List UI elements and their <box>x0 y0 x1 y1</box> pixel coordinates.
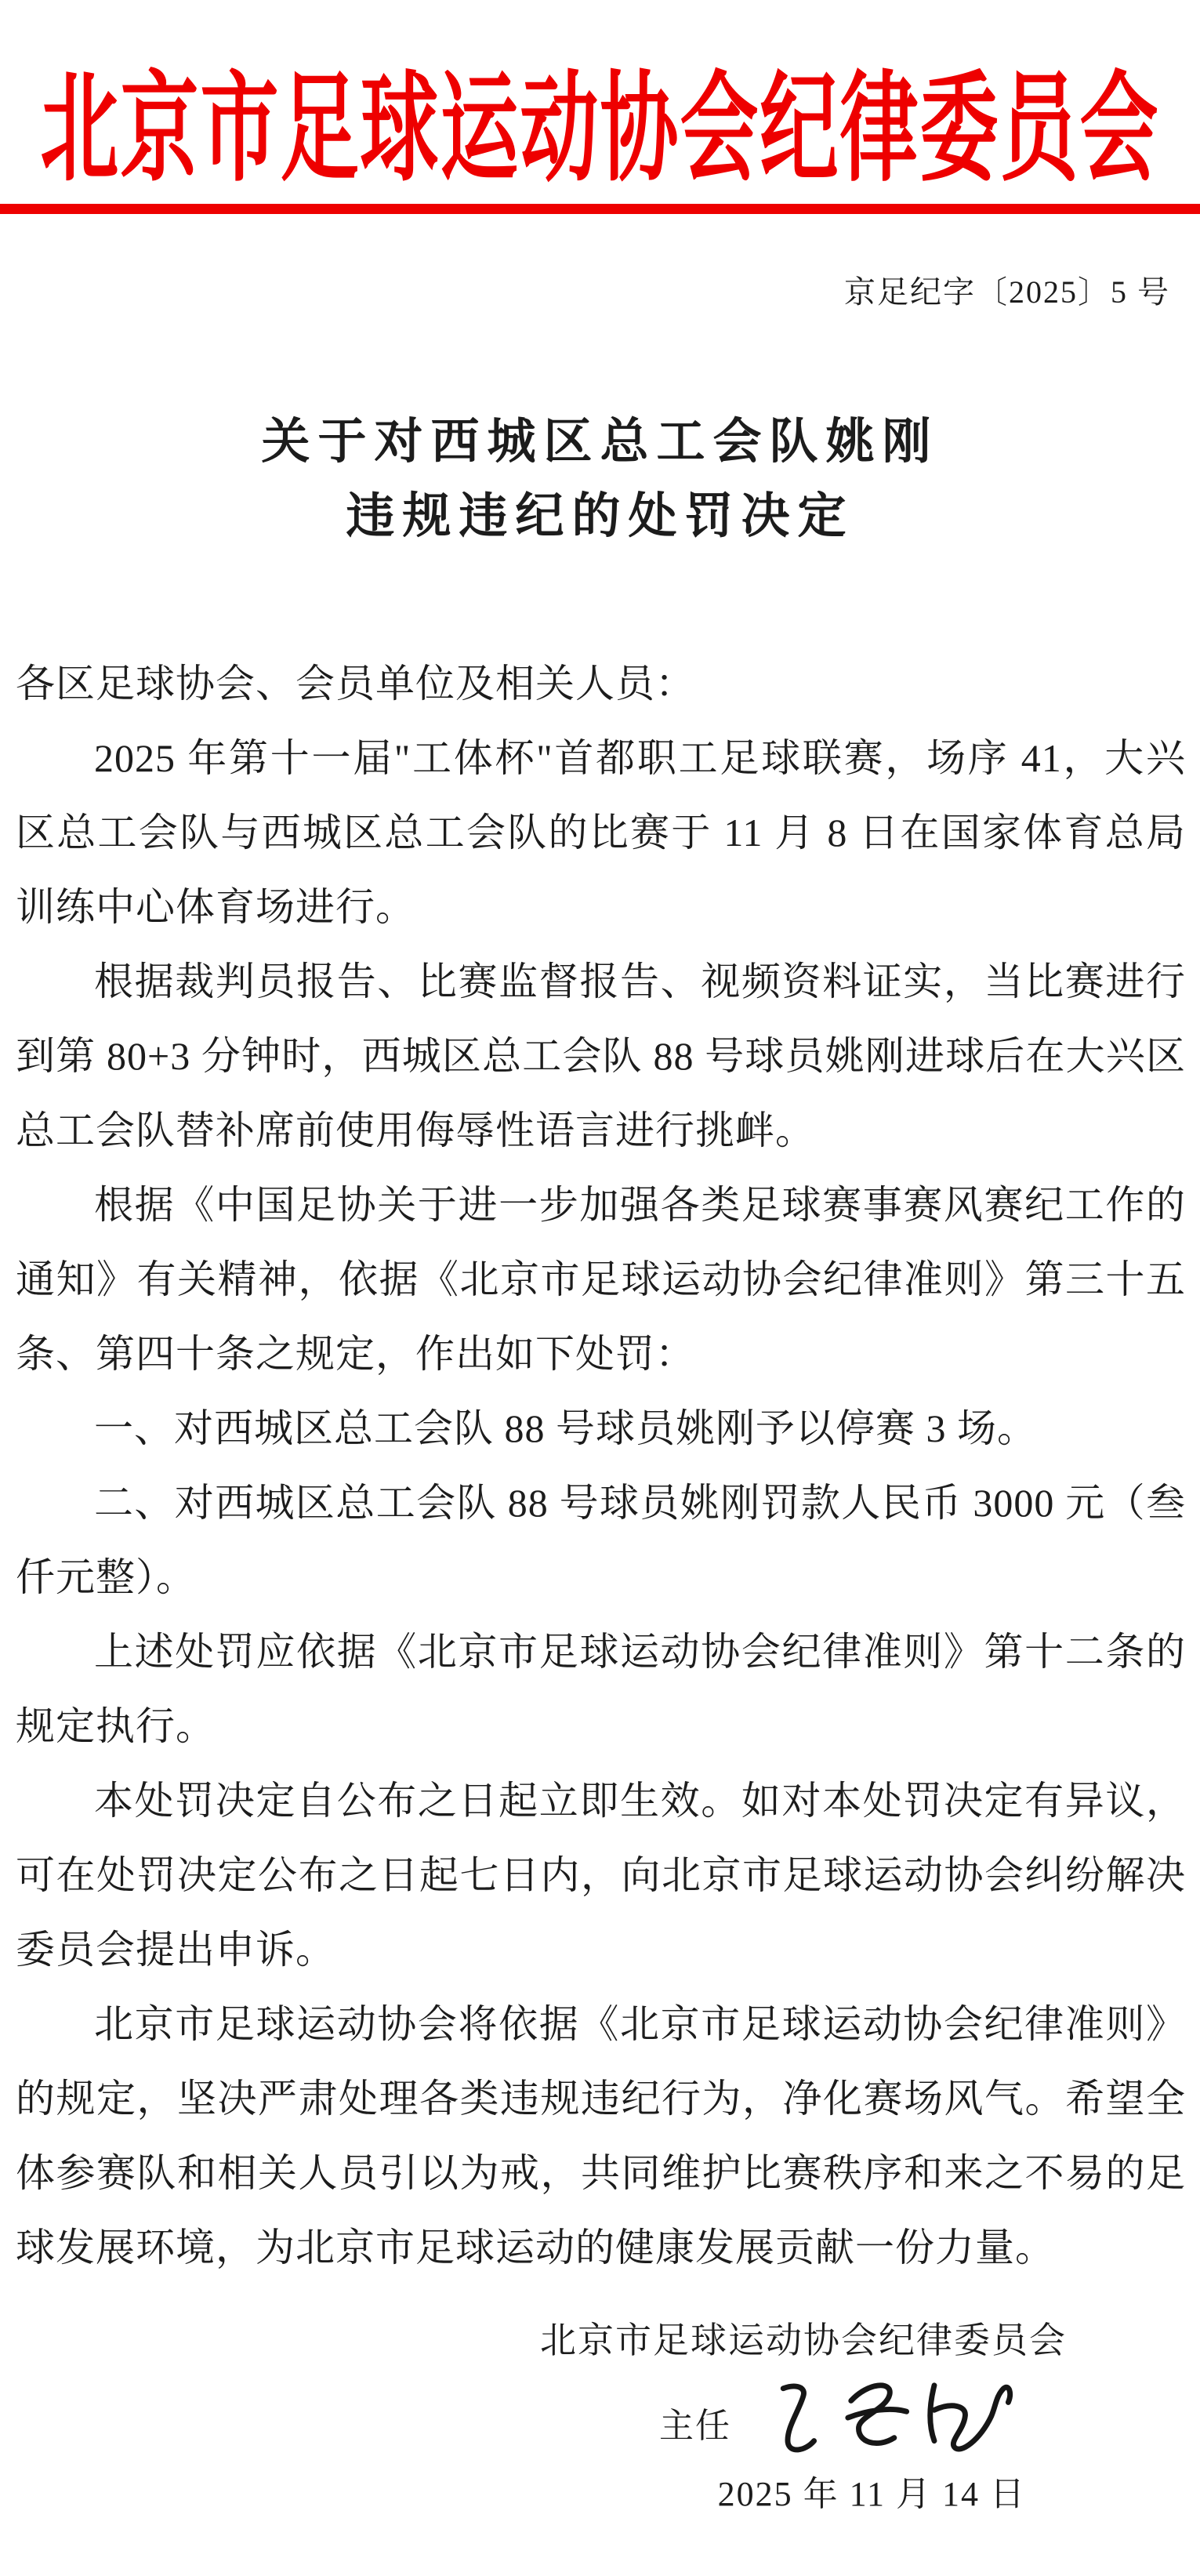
body-paragraph: 北京市足球运动协会将依据《北京市足球运动协会纪律准则》的规定，坚决严肃处理各类违… <box>16 1987 1186 2285</box>
letterhead-divider <box>0 204 1200 214</box>
handwritten-signature <box>758 2376 1017 2469</box>
letterhead: 北京市足球运动协会纪律委员会 <box>0 33 1200 204</box>
body-paragraph: 2025 年第十一届"工体杯"首都职工足球联赛，场序 41，大兴区总工会队与西城… <box>16 721 1186 945</box>
body-paragraph: 一、对西城区总工会队 88 号球员姚刚予以停赛 3 场。 <box>16 1391 1186 1466</box>
body-paragraph: 本处罚决定自公布之日起立即生效。如对本处罚决定有异议，可在处罚决定公布之日起七日… <box>16 1764 1186 1987</box>
signature-role: 主任 <box>659 2397 731 2447</box>
doc-number: 京足纪字〔2025〕5 号 <box>0 272 1200 313</box>
document-page: 北京市足球运动协会纪律委员会 京足纪字〔2025〕5 号 关于对西城区总工会队姚… <box>0 0 1200 2576</box>
body-paragraph: 根据裁判员报告、比赛监督报告、视频资料证实，当比赛进行到第 80+3 分钟时，西… <box>16 945 1186 1168</box>
signature-block: 北京市足球运动协会纪律委员会 主任 2025 年 11 月 14 日 <box>0 2317 1200 2517</box>
signature-org: 北京市足球运动协会纪律委员会 <box>540 2317 1067 2365</box>
body-paragraph: 上述处罚应依据《北京市足球运动协会纪律准则》第十二条的规定执行。 <box>16 1615 1186 1764</box>
signature-date: 2025 年 11 月 14 日 <box>718 2472 1026 2517</box>
signature-row: 主任 <box>659 2376 1017 2469</box>
letterhead-org-name: 北京市足球运动协会纪律委员会 <box>41 33 1160 205</box>
document-body: 各区足球协会、会员单位及相关人员： 2025 年第十一届"工体杯"首都职工足球联… <box>0 647 1200 2285</box>
title-line-1: 关于对西城区总工会队姚刚 <box>0 405 1200 480</box>
title-line-2: 违规违纪的处罚决定 <box>0 480 1200 554</box>
document-title: 关于对西城区总工会队姚刚 违规违纪的处罚决定 <box>0 405 1200 554</box>
body-paragraph: 二、对西城区总工会队 88 号球员姚刚罚款人民币 3000 元（叁仟元整）。 <box>16 1466 1186 1615</box>
salutation: 各区足球协会、会员单位及相关人员： <box>16 647 1186 721</box>
body-paragraph: 根据《中国足协关于进一步加强各类足球赛事赛风赛纪工作的通知》有关精神，依据《北京… <box>16 1168 1186 1391</box>
